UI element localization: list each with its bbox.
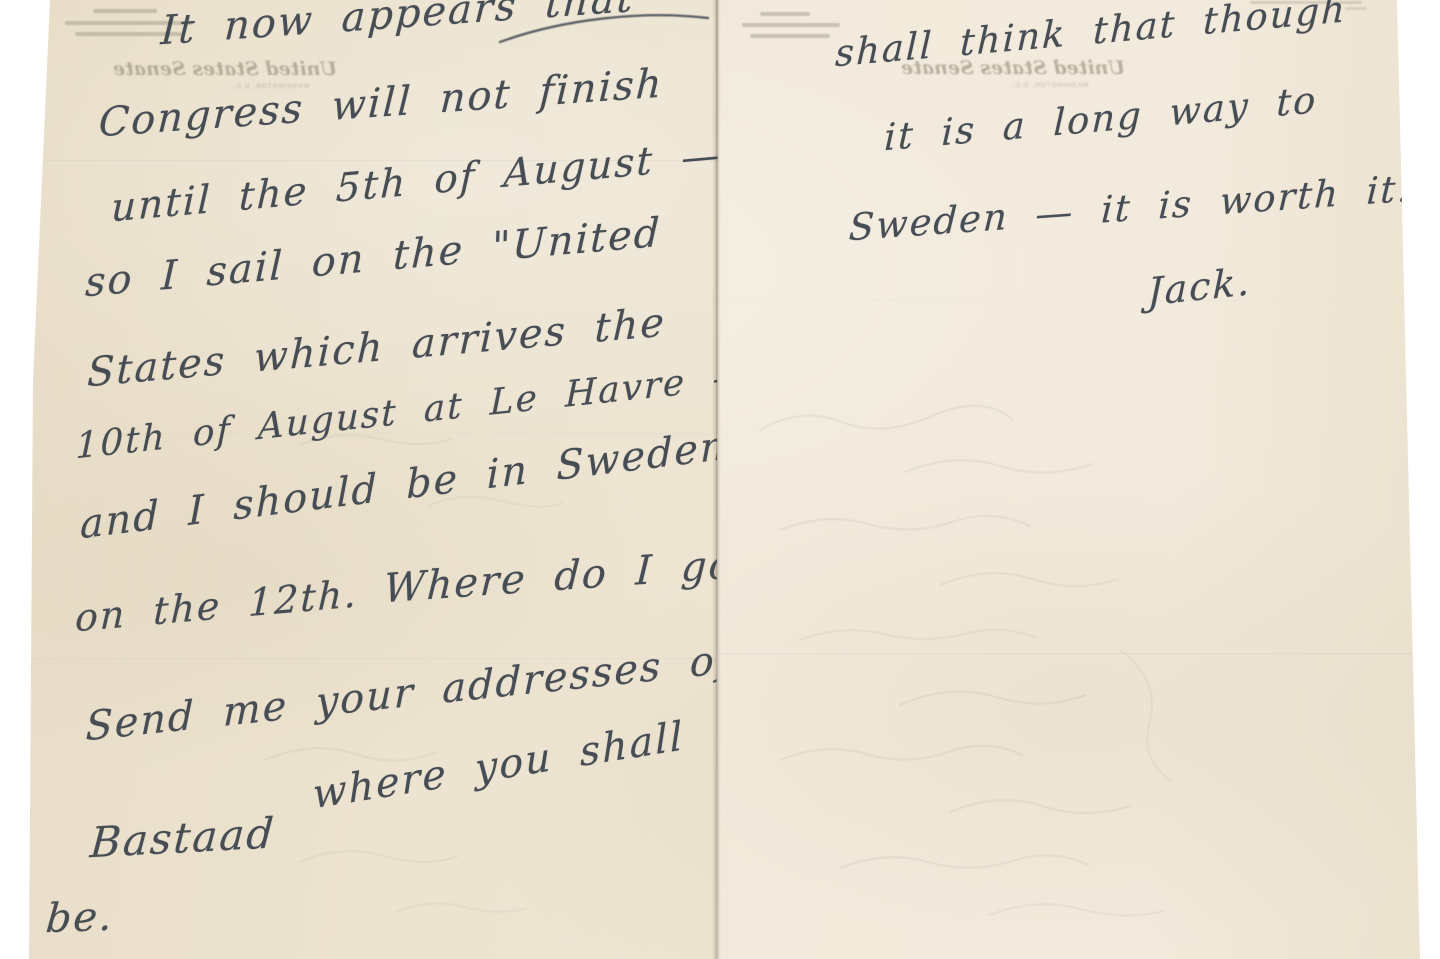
handwriting-line: it is a long way to	[883, 78, 1318, 159]
handwriting-line: Where do I go.	[383, 540, 750, 612]
letter-photograph: United States Senate WASHINGTON, D.C. It…	[0, 0, 1440, 959]
handwriting-line: where you shall	[312, 713, 685, 818]
signature: Jack.	[1147, 259, 1251, 314]
handwriting-line: Bastaad	[89, 808, 278, 867]
bleed-through-letterhead: United States Senate WASHINGTON, D.C.	[975, 57, 1125, 89]
handwriting-line: It now appears that	[160, 0, 636, 54]
handwriting-line: Sweden — it is worth it.	[848, 167, 1412, 250]
fold-crease	[718, 300, 1418, 302]
handwriting-line: on the 12th.	[74, 571, 358, 640]
letterhead-city: WASHINGTON, D.C.	[975, 82, 1125, 89]
handwriting-line: be.	[44, 894, 116, 943]
page-seam	[712, 0, 721, 959]
letterhead-name: United States Senate	[205, 58, 337, 80]
fold-crease	[718, 653, 1420, 655]
